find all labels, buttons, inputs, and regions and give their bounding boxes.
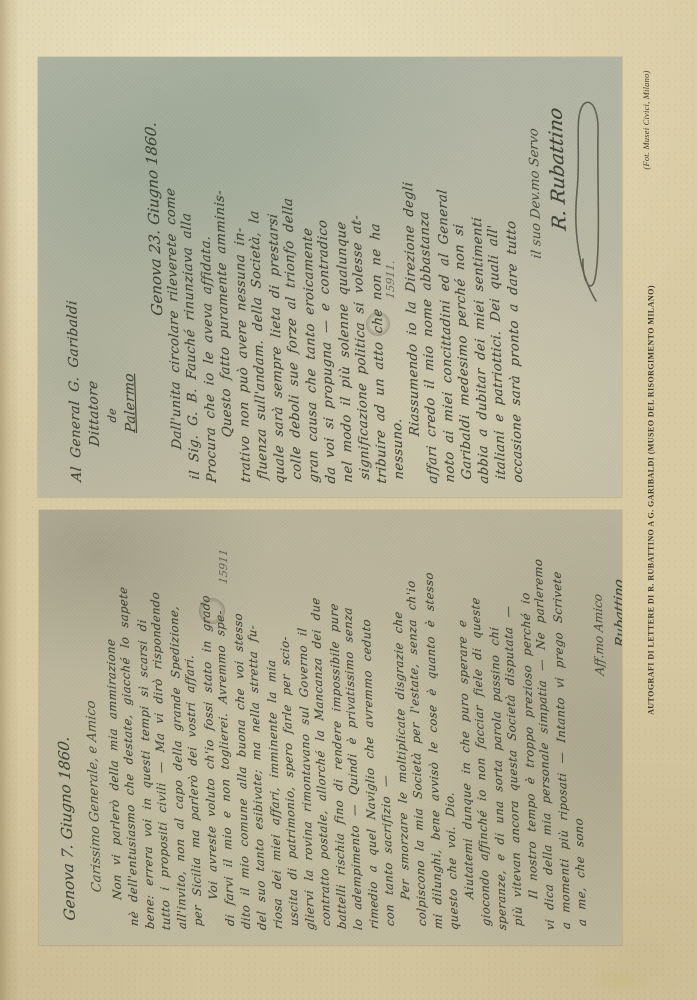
- letter-body: Dall'unita circolare rileverete comeil S…: [170, 71, 527, 483]
- letter-date: Genova 7. Giugno 1860.: [45, 520, 81, 922]
- letter-body: Non vi parlerò della mia ammirazionenè d…: [110, 522, 590, 929]
- plate-caption: AUTOGRAFI DI LETTERE DI R. RUBATTINO A G…: [647, 285, 656, 715]
- embossed-stamp-icon: [199, 598, 225, 624]
- photo-credit: (Fot. Musei Civici, Milano): [641, 70, 651, 169]
- handwritten-letter-bottom: Genova 7. Giugno 1860. Carissimo General…: [40, 510, 622, 945]
- letter-photo-bottom: Genova 7. Giugno 1860. Carissimo General…: [39, 510, 622, 945]
- letter-photo-top: Al General G. GaribaldiDittatoredePalerm…: [38, 57, 622, 497]
- binding-gutter-shadow: [0, 0, 20, 1000]
- book-page: { "page": { "photo_credit": "(Fot. Musei…: [0, 0, 697, 1000]
- archive-number: 15911: [217, 548, 230, 585]
- handwritten-letter-top: Al General G. GaribaldiDittatoredePalerm…: [38, 57, 622, 497]
- paper-stain: [590, 965, 650, 995]
- address-block: Al General G. GaribaldiDittatoredePalerm…: [68, 71, 140, 481]
- archive-number: 15911.: [384, 259, 397, 299]
- signature-flourish-icon: [570, 89, 604, 307]
- embossed-stamp-icon: [366, 312, 390, 336]
